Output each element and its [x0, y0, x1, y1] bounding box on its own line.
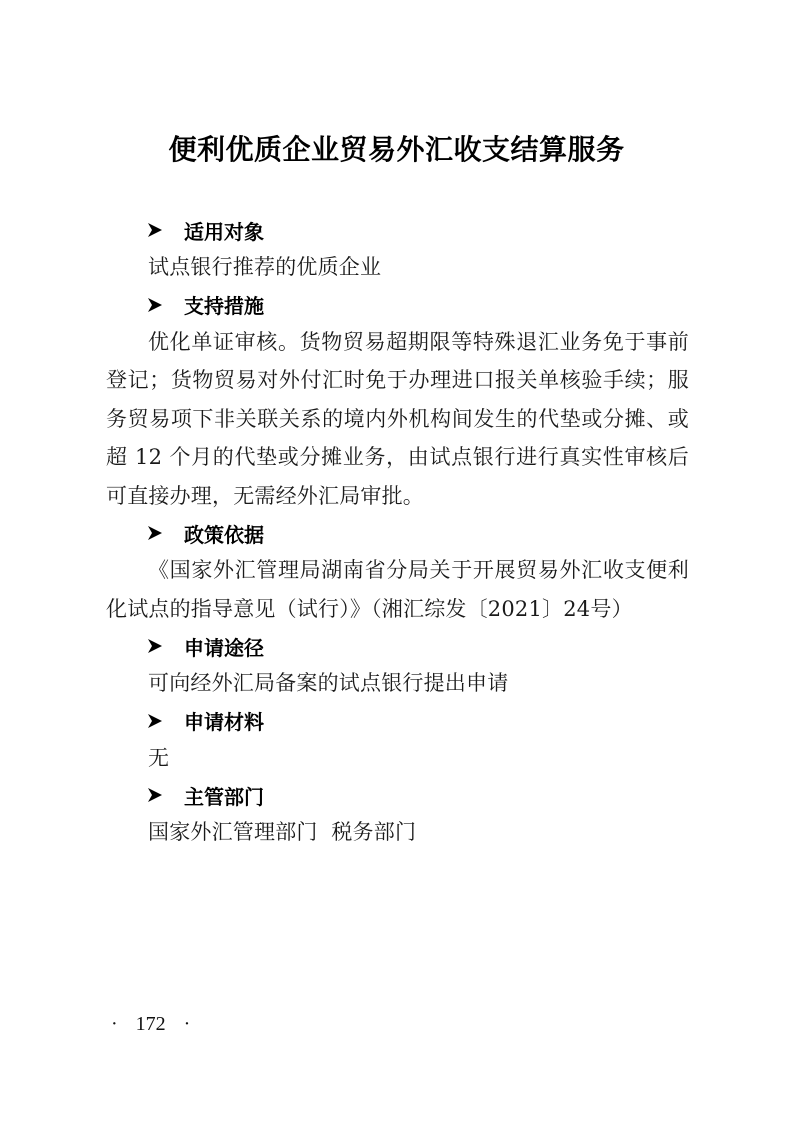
page-title: 便利优质企业贸易外汇收支结算服务 [0, 131, 793, 169]
section-application-materials: 申请材料 无 [106, 703, 689, 778]
arrowhead-bullet-icon [148, 788, 162, 802]
section-heading-label: 申请途径 [184, 632, 264, 661]
section-heading-label: 适用对象 [184, 216, 264, 245]
arrowhead-bullet-icon [148, 526, 162, 540]
arrowhead-bullet-icon [148, 223, 162, 237]
section-heading: 主管部门 [106, 777, 689, 813]
page-number-dot-right: · [184, 1013, 191, 1036]
section-support-measures: 支持措施 优化单证审核。货物贸易超期限等特殊退汇业务免于事前登记；货物贸易对外付… [106, 287, 689, 516]
section-body: 《国家外汇管理局湖南省分局关于开展贸易外汇收支便利化试点的指导意见（试行）》（湘… [106, 551, 689, 628]
section-heading: 适用对象 [106, 212, 689, 248]
section-application-channel: 申请途径 可向经外汇局备案的试点银行提出申请 [106, 628, 689, 703]
section-heading: 申请途径 [106, 628, 689, 664]
section-body: 可向经外汇局备案的试点银行提出申请 [106, 664, 689, 703]
section-body: 试点银行推荐的优质企业 [106, 248, 689, 287]
arrowhead-bullet-icon [148, 714, 162, 728]
page-footer: · 172 · [111, 1013, 190, 1036]
page-number-dot-left: · [111, 1013, 118, 1036]
section-heading-label: 申请材料 [184, 706, 264, 735]
section-competent-department: 主管部门 国家外汇管理部门 税务部门 [106, 777, 689, 852]
section-heading: 支持措施 [106, 287, 689, 323]
arrowhead-bullet-icon [148, 298, 162, 312]
section-body: 优化单证审核。货物贸易超期限等特殊退汇业务免于事前登记；货物贸易对外付汇时免于办… [106, 323, 689, 516]
section-body: 国家外汇管理部门 税务部门 [106, 813, 689, 852]
document-body: 适用对象 试点银行推荐的优质企业 支持措施 优化单证审核。货物贸易超期限等特殊退… [106, 212, 689, 852]
page-number: 172 [136, 1013, 166, 1036]
section-policy-basis: 政策依据 《国家外汇管理局湖南省分局关于开展贸易外汇收支便利化试点的指导意见（试… [106, 515, 689, 628]
section-heading-label: 主管部门 [184, 781, 264, 810]
section-heading-label: 支持措施 [184, 290, 264, 319]
section-heading-label: 政策依据 [184, 519, 264, 548]
arrowhead-bullet-icon [148, 639, 162, 653]
section-heading: 申请材料 [106, 703, 689, 739]
section-applicable-target: 适用对象 试点银行推荐的优质企业 [106, 212, 689, 287]
section-body: 无 [106, 739, 689, 778]
section-heading: 政策依据 [106, 515, 689, 551]
